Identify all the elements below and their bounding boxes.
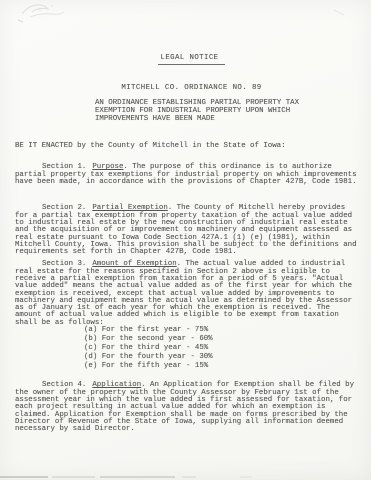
section-4-body: . An Application for Exemption shall be … (15, 381, 354, 433)
enacting-clause: BE IT ENACTED by the County of Mitchell … (15, 143, 363, 150)
schedule-item-fourth-year: (d) For the fourth year - 30% (84, 353, 213, 362)
subtitle-line-3: IMPROVEMENTS HAVE BEEN MADE (95, 116, 335, 124)
schedule-item-first-year: (a) For the first year - 75% (84, 326, 213, 335)
schedule-item-third-year: (c) For the third year - 45% (84, 344, 213, 353)
exemption-schedule: (a) For the first year - 75% (b) For the… (84, 326, 213, 371)
section-4-paragraph: Section 4.Application. An Application fo… (15, 382, 359, 433)
section-3-body: . The actual value added to industrial r… (15, 260, 352, 326)
section-3-paragraph: Section 3.Amount of Exemption. The actua… (15, 261, 359, 327)
schedule-item-second-year: (b) For the second year - 60% (84, 335, 213, 344)
section-2-paragraph: Section 2.Partial Exemption. The County … (15, 205, 359, 256)
document-page: LEGAL NOTICE MITCHELL CO. ORDINANCE NO. … (0, 0, 371, 480)
section-1-paragraph: Section 1.Purpose. The purpose of this o… (15, 164, 359, 186)
schedule-item-fifth-year: (e) For the fifth year - 15% (84, 362, 213, 371)
legal-notice-title: LEGAL NOTICE (158, 54, 224, 65)
ordinance-subtitle: AN ORDINANCE ESTABLISHING PARTIAL PROPER… (95, 100, 335, 124)
scan-edge-artifact (0, 474, 371, 480)
ordinance-number: MITCHELL CO. ORDINANCE NO. 89 (6, 85, 371, 92)
title-row: LEGAL NOTICE (6, 55, 371, 62)
section-2-body: . The County of Mitchell hereby provides… (15, 204, 357, 256)
pencil-scribble-mark (0, 0, 371, 40)
